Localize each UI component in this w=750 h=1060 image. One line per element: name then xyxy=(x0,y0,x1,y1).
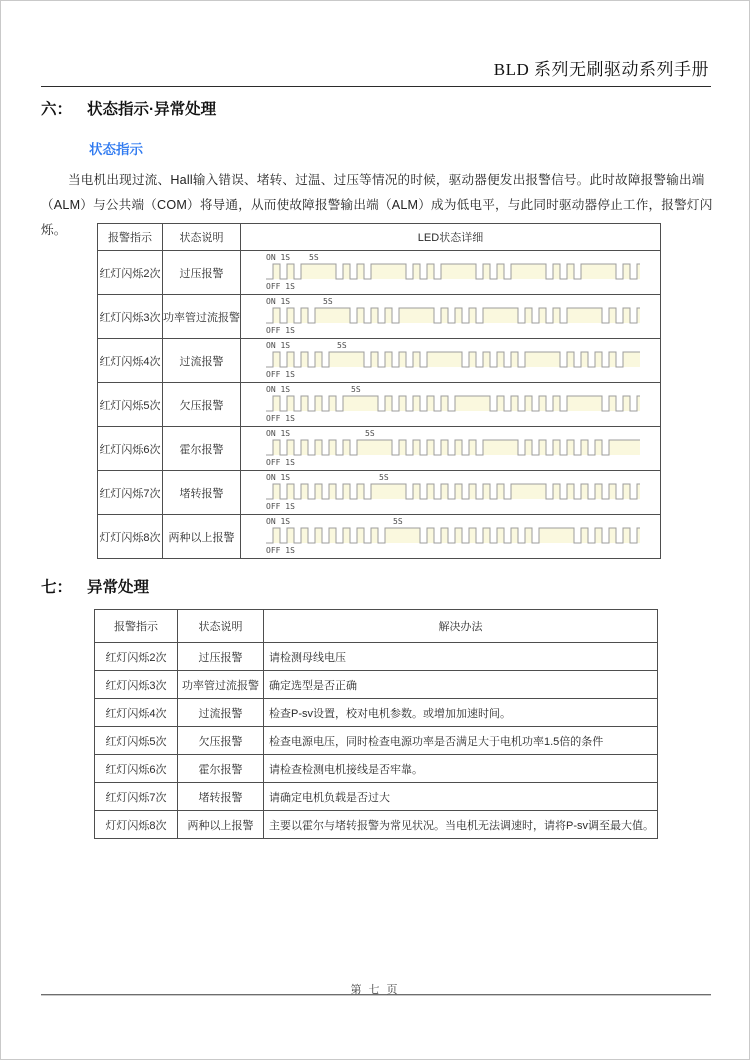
led-table-row: 红灯闪烁5次欠压报警ON 1S5SOFF 1S xyxy=(98,383,661,427)
led-detail-cell: ON 1S5SOFF 1S xyxy=(241,427,661,471)
solution-cell: 检查电源电压，同时检查电源功率是否满足大于电机功率1.5倍的条件 xyxy=(264,727,658,755)
wave-off-label: OFF 1S xyxy=(266,370,295,379)
alarm-indicator-cell: 灯灯闪烁8次 xyxy=(95,811,178,839)
solution-table-row: 灯灯闪烁8次两种以上报警主要以霍尔与堵转报警为常见状况。当电机无法调速时，请将P… xyxy=(95,811,658,839)
table-header-row: 报警指示状态说明解决办法 xyxy=(95,610,658,643)
status-cell: 霍尔报警 xyxy=(163,427,241,471)
status-cell: 过压报警 xyxy=(178,643,264,671)
wave-on-label: ON 1S xyxy=(266,385,290,394)
solution-table-row: 红灯闪烁4次过流报警检查P-sv设置，校对电机参数。或增加加速时间。 xyxy=(95,699,658,727)
wave-off-label: OFF 1S xyxy=(266,326,295,335)
solution-table-row: 红灯闪烁6次霍尔报警请检查检测电机接线是否牢靠。 xyxy=(95,755,658,783)
solution-cell: 请检查检测电机接线是否牢靠。 xyxy=(264,755,658,783)
wave-pause-label: 5S xyxy=(365,429,375,438)
led-table-row: 红灯闪烁2次过压报警ON 1S5SOFF 1S xyxy=(98,251,661,295)
led-waveform: ON 1S5SOFF 1S xyxy=(242,515,660,557)
table-header-cell: 状态说明 xyxy=(178,610,264,643)
status-cell: 两种以上报警 xyxy=(178,811,264,839)
wave-pause-label: 5S xyxy=(393,517,403,526)
alarm-indicator-cell: 红灯闪烁3次 xyxy=(95,671,178,699)
led-waveform: ON 1S5SOFF 1S xyxy=(242,427,660,469)
led-waveform: ON 1S5SOFF 1S xyxy=(242,339,660,381)
document-header-title: BLD 系列无刷驱动系列手册 xyxy=(494,55,709,80)
wave-pause-label: 5S xyxy=(337,341,347,350)
led-detail-cell: ON 1S5SOFF 1S xyxy=(241,339,661,383)
wave-on-label: ON 1S xyxy=(266,429,290,438)
solution-table-row: 红灯闪烁2次过压报警请检测母线电压 xyxy=(95,643,658,671)
manual-page: BLD 系列无刷驱动系列手册 六：状态指示·异常处理 状态指示 当电机出现过流、… xyxy=(0,0,750,1060)
intro-paragraph-line1: 当电机出现过流、Hall输入错误、堵转、过温、过压等情况的时候，驱动器便发出报警… xyxy=(41,168,717,193)
alarm-indicator-cell: 红灯闪烁6次 xyxy=(95,755,178,783)
solution-cell: 确定选型是否正确 xyxy=(264,671,658,699)
wave-pause-label: 5S xyxy=(351,385,361,394)
led-table-row: 红灯闪烁4次过流报警ON 1S5SOFF 1S xyxy=(98,339,661,383)
solution-cell: 检查P-sv设置，校对电机参数。或增加加速时间。 xyxy=(264,699,658,727)
status-cell: 过流报警 xyxy=(178,699,264,727)
wave-off-label: OFF 1S xyxy=(266,502,295,511)
wave-on-label: ON 1S xyxy=(266,517,290,526)
led-status-table: 报警指示状态说明LED状态详细 红灯闪烁2次过压报警ON 1S5SOFF 1S红… xyxy=(97,223,661,559)
led-detail-cell: ON 1S5SOFF 1S xyxy=(241,251,661,295)
alarm-indicator-cell: 红灯闪烁6次 xyxy=(98,427,163,471)
led-detail-cell: ON 1S5SOFF 1S xyxy=(241,383,661,427)
table-header-row: 报警指示状态说明LED状态详细 xyxy=(98,224,661,251)
led-table-row: 灯灯闪烁8次两种以上报警ON 1S5SOFF 1S xyxy=(98,515,661,559)
section-seven-heading: 七：异常处理 xyxy=(41,575,149,597)
led-waveform: ON 1S5SOFF 1S xyxy=(242,295,660,337)
wave-off-label: OFF 1S xyxy=(266,546,295,555)
alarm-indicator-cell: 红灯闪烁2次 xyxy=(95,643,178,671)
wave-off-label: OFF 1S xyxy=(266,458,295,467)
wave-pause-label: 5S xyxy=(309,253,319,262)
alarm-indicator-cell: 红灯闪烁7次 xyxy=(98,471,163,515)
status-cell: 堵转报警 xyxy=(178,783,264,811)
table-header-cell: 报警指示 xyxy=(98,224,163,251)
section-seven-number: 七： xyxy=(41,579,72,596)
table-header-cell: 状态说明 xyxy=(163,224,241,251)
status-cell: 过流报警 xyxy=(163,339,241,383)
alarm-indicator-cell: 红灯闪烁7次 xyxy=(95,783,178,811)
alarm-indicator-cell: 红灯闪烁4次 xyxy=(95,699,178,727)
status-cell: 堵转报警 xyxy=(163,471,241,515)
waveform-fill xyxy=(266,308,640,323)
led-waveform: ON 1S5SOFF 1S xyxy=(242,251,660,293)
led-waveform: ON 1S5SOFF 1S xyxy=(242,471,660,513)
status-cell: 欠压报警 xyxy=(178,727,264,755)
wave-on-label: ON 1S xyxy=(266,473,290,482)
table-header-cell: 报警指示 xyxy=(95,610,178,643)
led-table-row: 红灯闪烁7次堵转报警ON 1S5SOFF 1S xyxy=(98,471,661,515)
led-detail-cell: ON 1S5SOFF 1S xyxy=(241,515,661,559)
wave-off-label: OFF 1S xyxy=(266,414,295,423)
led-waveform: ON 1S5SOFF 1S xyxy=(242,383,660,425)
status-cell: 两种以上报警 xyxy=(163,515,241,559)
status-cell: 霍尔报警 xyxy=(178,755,264,783)
subheading-status: 状态指示 xyxy=(89,138,143,158)
section-six-title: 状态指示·异常处理 xyxy=(87,101,216,118)
status-cell: 功率管过流报警 xyxy=(178,671,264,699)
section-six-heading: 六：状态指示·异常处理 xyxy=(41,97,216,119)
led-detail-cell: ON 1S5SOFF 1S xyxy=(241,295,661,339)
section-seven-title: 异常处理 xyxy=(87,579,149,596)
led-detail-cell: ON 1S5SOFF 1S xyxy=(241,471,661,515)
section-six-number: 六： xyxy=(41,101,72,118)
led-table-row: 红灯闪烁3次功率管过流报警ON 1S5SOFF 1S xyxy=(98,295,661,339)
wave-pause-label: 5S xyxy=(323,297,333,306)
alarm-indicator-cell: 灯灯闪烁8次 xyxy=(98,515,163,559)
status-cell: 功率管过流报警 xyxy=(163,295,241,339)
wave-on-label: ON 1S xyxy=(266,297,290,306)
alarm-indicator-cell: 红灯闪烁4次 xyxy=(98,339,163,383)
solution-table-row: 红灯闪烁7次堵转报警请确定电机负载是否过大 xyxy=(95,783,658,811)
solution-table: 报警指示状态说明解决办法 红灯闪烁2次过压报警请检测母线电压红灯闪烁3次功率管过… xyxy=(94,609,658,839)
alarm-indicator-cell: 红灯闪烁2次 xyxy=(98,251,163,295)
alarm-indicator-cell: 红灯闪烁5次 xyxy=(95,727,178,755)
wave-on-label: ON 1S xyxy=(266,253,290,262)
table-header-cell: LED状态详细 xyxy=(241,224,661,251)
table-header-cell: 解决办法 xyxy=(264,610,658,643)
solution-cell: 主要以霍尔与堵转报警为常见状况。当电机无法调速时，请将P-sv调至最大值。 xyxy=(264,811,658,839)
solution-table-row: 红灯闪烁3次功率管过流报警确定选型是否正确 xyxy=(95,671,658,699)
led-table-row: 红灯闪烁6次霍尔报警ON 1S5SOFF 1S xyxy=(98,427,661,471)
alarm-indicator-cell: 红灯闪烁3次 xyxy=(98,295,163,339)
solution-cell: 请检测母线电压 xyxy=(264,643,658,671)
status-cell: 过压报警 xyxy=(163,251,241,295)
waveform-fill xyxy=(266,264,640,279)
wave-pause-label: 5S xyxy=(379,473,389,482)
wave-off-label: OFF 1S xyxy=(266,282,295,291)
solution-cell: 请确定电机负载是否过大 xyxy=(264,783,658,811)
footer-page-number: 第 七 页 xyxy=(1,981,749,997)
status-cell: 欠压报警 xyxy=(163,383,241,427)
wave-on-label: ON 1S xyxy=(266,341,290,350)
alarm-indicator-cell: 红灯闪烁5次 xyxy=(98,383,163,427)
header-rule xyxy=(41,86,711,87)
solution-table-row: 红灯闪烁5次欠压报警检查电源电压，同时检查电源功率是否满足大于电机功率1.5倍的… xyxy=(95,727,658,755)
